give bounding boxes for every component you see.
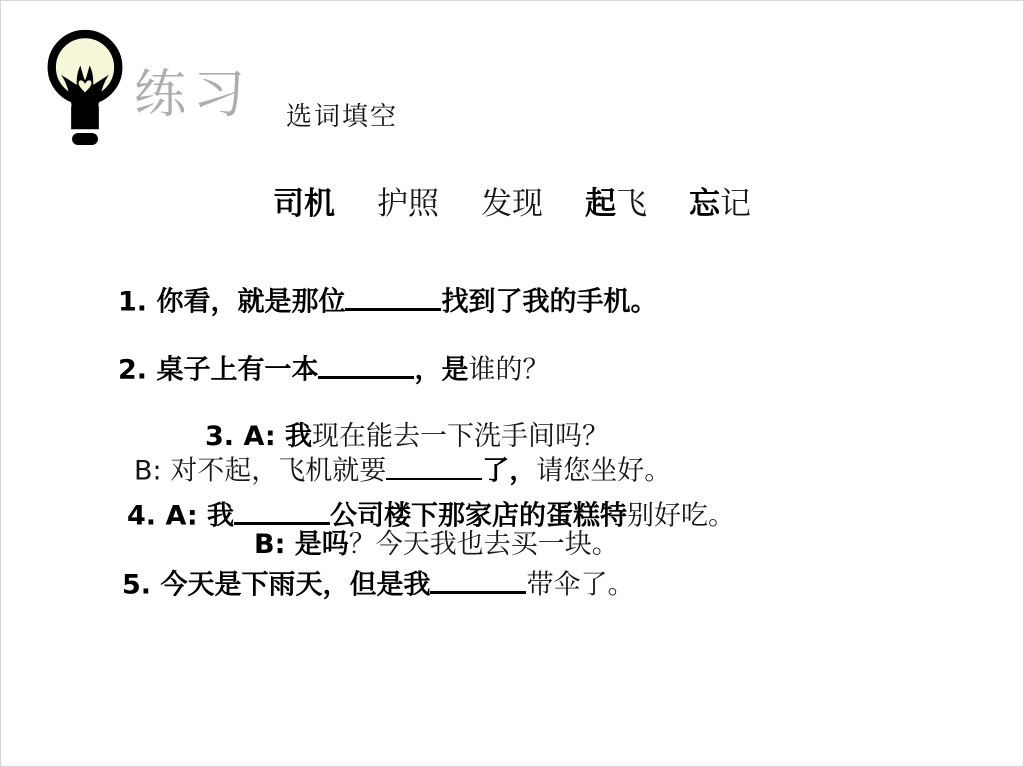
lightbulb-icon [43, 23, 127, 145]
exercise-line-4a: 4. A: 我公司楼下那家店的蛋糕特别好吃。 [127, 496, 735, 533]
sentence-text: 1. 你看，就是那位 [118, 287, 345, 318]
sentence-text: 带伞了。 [526, 570, 634, 601]
sentence-text: B: 是吗 [254, 529, 349, 560]
page-title: 练习 [134, 65, 252, 125]
sentence-text: 2. 桌子上有一本 [118, 355, 318, 386]
word-bank: 司机 护照 发现 起飞 忘记 [1, 187, 1023, 221]
sentence-text: 了， [482, 456, 536, 487]
blank-field [345, 282, 441, 311]
word-bank-item: 忘记 [689, 187, 751, 221]
sentence-text: 现在能去一下洗手间吗？ [312, 421, 609, 452]
sentence-text: 谁的？ [468, 355, 549, 386]
sentence-text: 4. A: 我 [127, 501, 234, 532]
word-bank-item: 起飞 [585, 187, 647, 221]
slide: 练习 选词填空 司机 护照 发现 起飞 忘记 1. 你看，就是那位找到了我的手机… [0, 0, 1024, 767]
exercise-line-3b: B: 对不起，飞机就要了，请您坐好。 [134, 452, 671, 488]
sentence-text: 5. 今天是下雨天，但是我 [122, 570, 430, 601]
sentence-text: 请您坐好。 [536, 456, 671, 487]
blank-field [430, 565, 526, 594]
word-bank-word: 起 [585, 186, 616, 222]
sentence-text: 找到了我的手机。 [441, 287, 657, 318]
sentence-text: 3. A: 我 [205, 421, 312, 452]
exercise-line-2: 2. 桌子上有一本，是谁的？ [118, 350, 549, 387]
sentence-text: ？今天我也去买一块。 [349, 529, 619, 560]
sentence-text: ，是 [414, 355, 468, 386]
word-bank-word: 司机 [273, 186, 335, 222]
exercise-line-3a: 3. A: 我现在能去一下洗手间吗？ [205, 421, 609, 453]
word-bank-item: 发现 [481, 187, 543, 221]
sentence-text: B: 对不起，飞机就要 [134, 456, 386, 487]
blank-field [234, 496, 330, 525]
exercise-line-5: 5. 今天是下雨天，但是我带伞了。 [122, 565, 634, 602]
word-bank-item: 护照 [377, 187, 439, 221]
sentence-text: 别好吃。 [627, 501, 735, 532]
page-subtitle: 选词填空 [286, 102, 398, 132]
blank-field [386, 452, 482, 480]
word-bank-item: 司机 [273, 187, 335, 221]
sentence-text: 公司楼下那家店的蛋糕特 [330, 501, 627, 532]
blank-field [318, 350, 414, 379]
word-bank-word: 忘 [689, 186, 720, 222]
exercise-line-1: 1. 你看，就是那位找到了我的手机。 [118, 282, 657, 319]
exercise-line-4b: B: 是吗？今天我也去买一块。 [254, 529, 619, 561]
